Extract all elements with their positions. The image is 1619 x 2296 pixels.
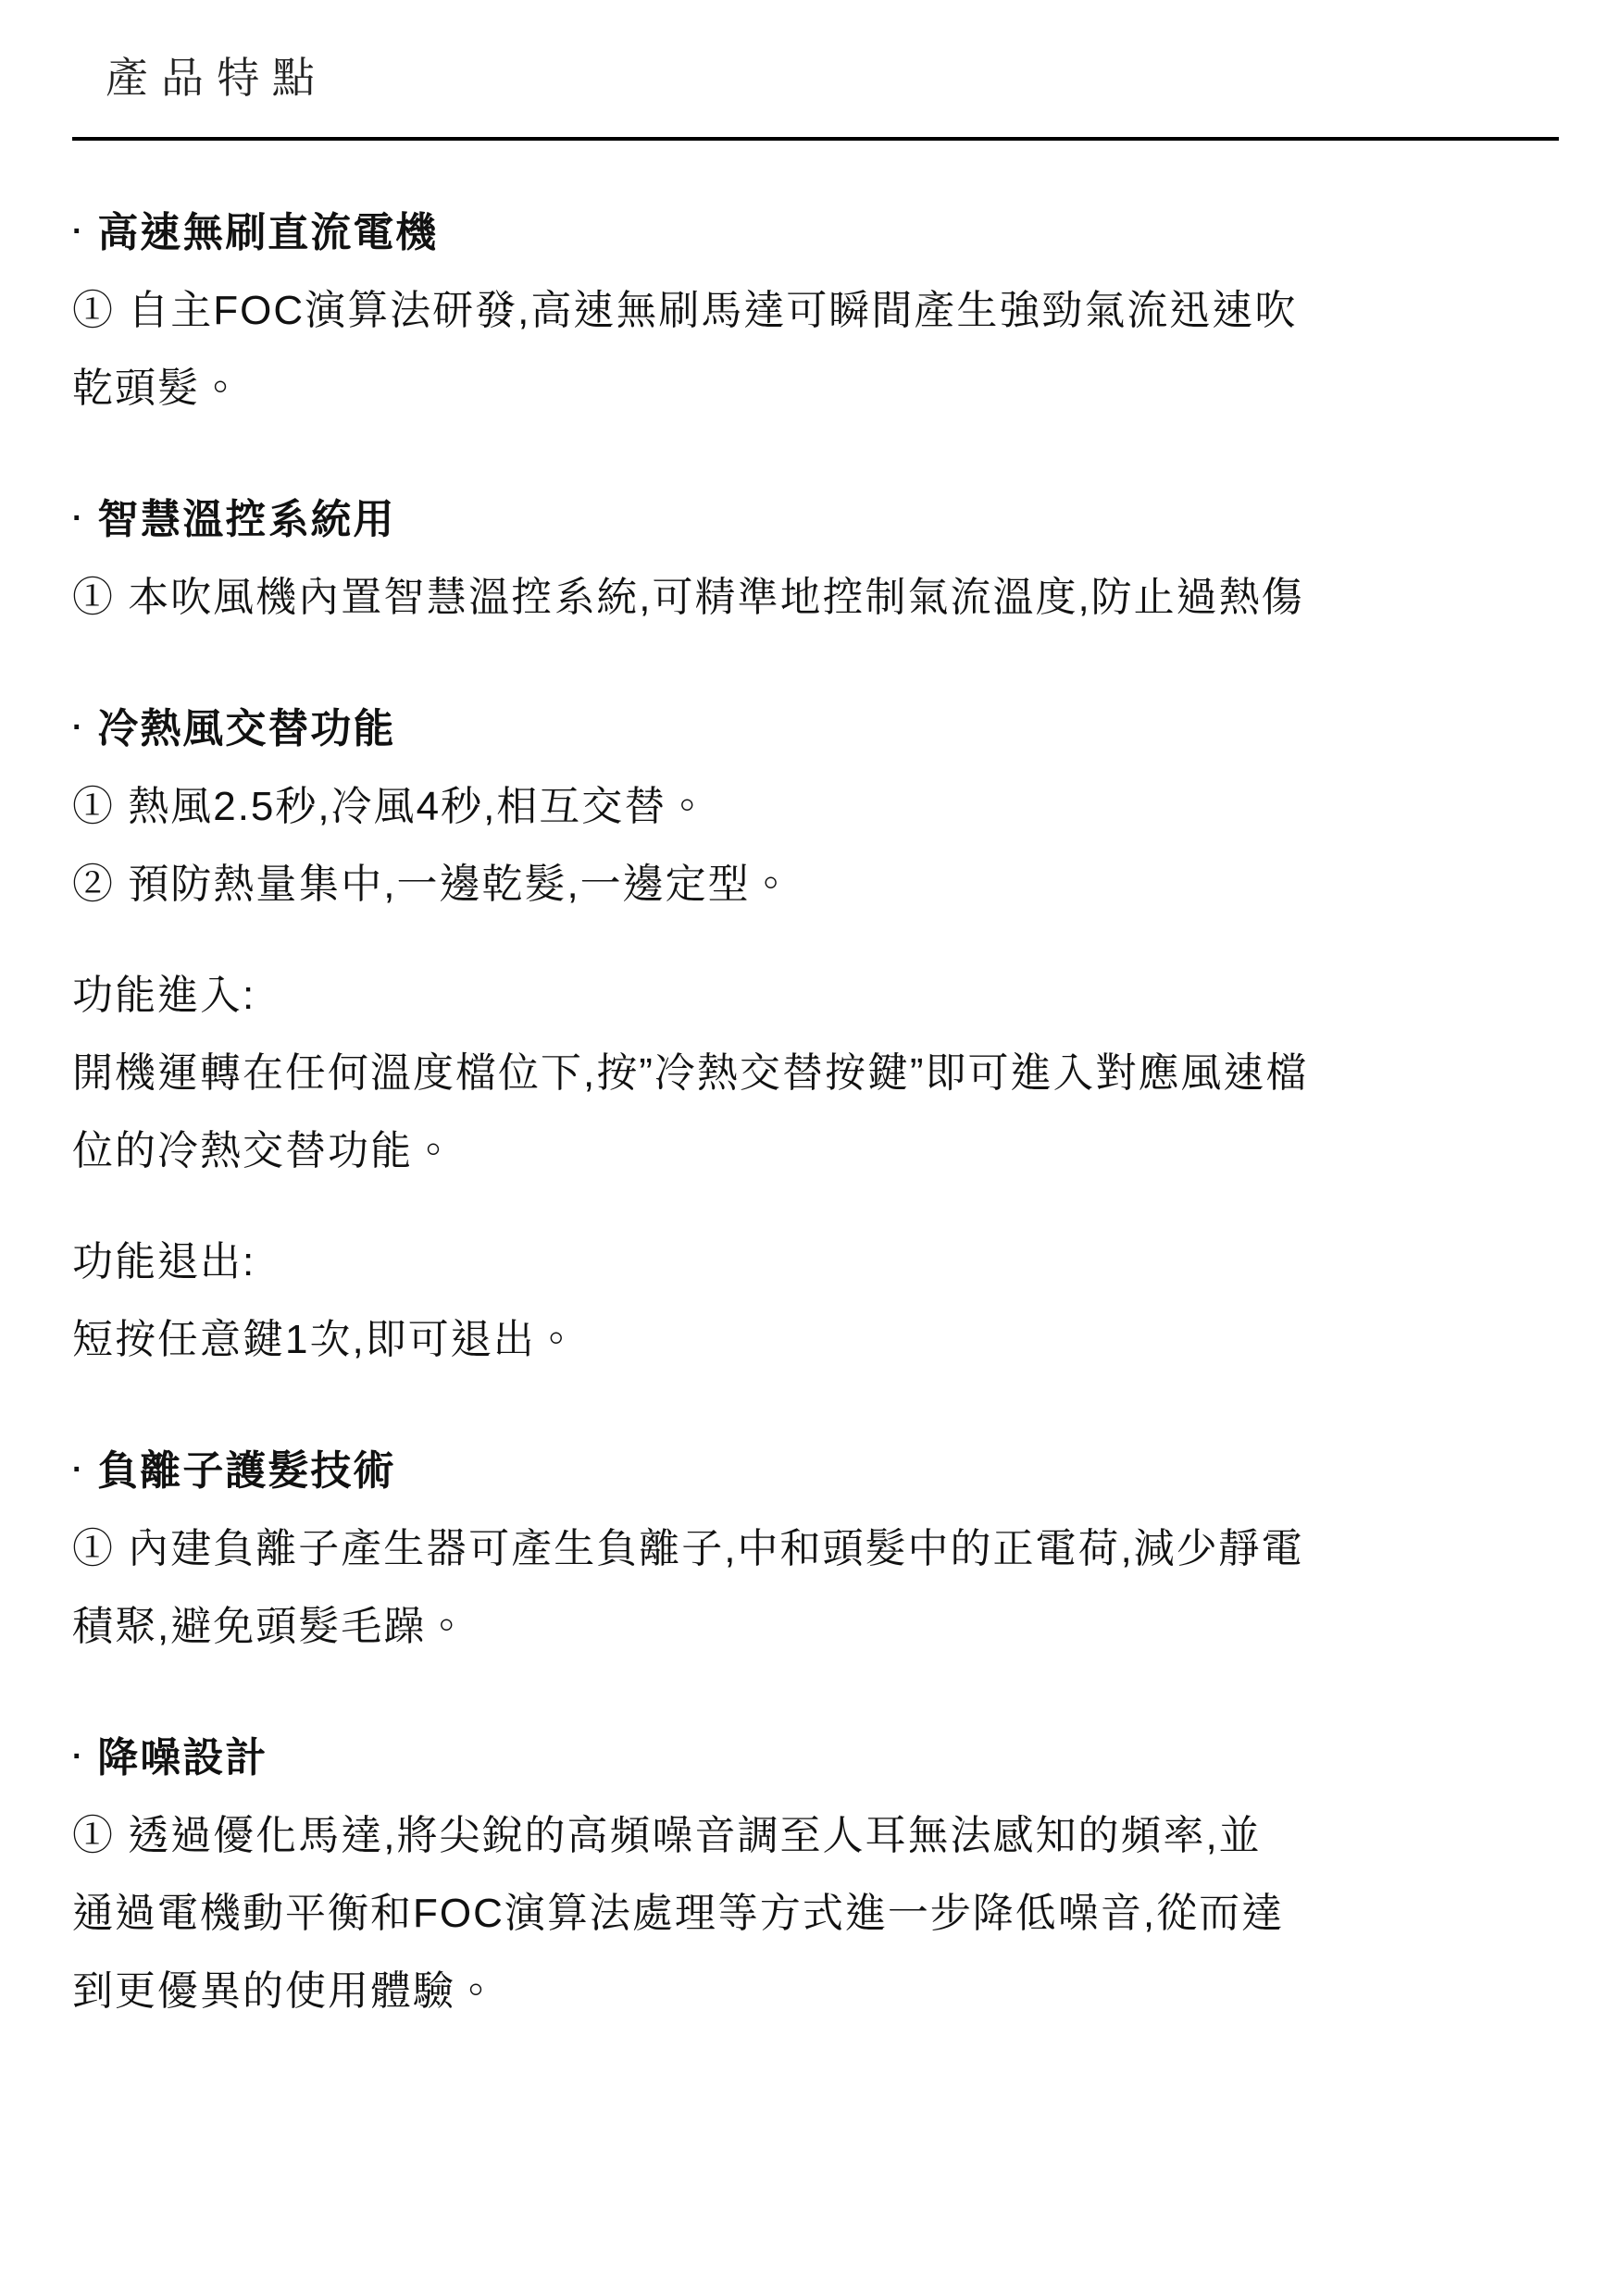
paragraph-line: ① 熱風2.5秒,冷風4秒,相互交替。 <box>72 768 1563 846</box>
feature-list: · 高速無刷直流電機 ① 自主FOC演算法研發,高速無刷馬達可瞬間產生強勁氣流迅… <box>72 194 1563 2030</box>
paragraph-line: 積聚,避免頭髮毛躁。 <box>72 1588 1563 1666</box>
paragraph-line: 開機運轉在任何溫度檔位下,按”冷熱交替按鍵”即可進入對應風速檔 <box>72 1035 1563 1112</box>
section-heading: 負離子護髮技術 <box>97 1433 395 1510</box>
paragraph-line: 乾頭髮。 <box>72 350 1563 428</box>
paragraph-line: 通過電機動平衡和FOC演算法處理等方式進一步降低噪音,從而達 <box>72 1875 1563 1953</box>
section-smart-temperature: · 智慧溫控系統用 ① 本吹風機內置智慧溫控系統,可精準地控制氣流溫度,防止過熱… <box>72 481 1563 637</box>
function-enter-block: 功能進入: 開機運轉在任何溫度檔位下,按”冷熱交替按鍵”即可進入對應風速檔 位的… <box>72 957 1563 1190</box>
sub-label: 功能退出: <box>72 1223 1563 1301</box>
bullet-icon: · <box>72 1431 82 1508</box>
section-heading-row: · 冷熱風交替功能 <box>72 690 1563 768</box>
section-heading: 高速無刷直流電機 <box>97 194 438 272</box>
section-heading-row: · 智慧溫控系統用 <box>72 481 1563 559</box>
page-title: 產品特點 <box>106 48 1563 107</box>
section-heading: 冷熱風交替功能 <box>97 690 395 768</box>
document-page: 產品特點 · 高速無刷直流電機 ① 自主FOC演算法研發,高速無刷馬達可瞬間產生… <box>0 0 1619 2296</box>
bullet-icon: · <box>72 1718 82 1795</box>
section-heading-row: · 高速無刷直流電機 <box>72 194 1563 272</box>
paragraph-line: ① 內建負離子產生器可產生負離子,中和頭髮中的正電荷,減少靜電 <box>72 1510 1563 1588</box>
section-heading-row: · 負離子護髮技術 <box>72 1433 1563 1510</box>
section-hot-cold-alternate: · 冷熱風交替功能 ① 熱風2.5秒,冷風4秒,相互交替。 ② 預防熱量集中,一… <box>72 690 1563 1379</box>
bullet-icon: · <box>72 192 82 270</box>
function-exit-block: 功能退出: 短按任意鍵1次,即可退出。 <box>72 1223 1563 1379</box>
paragraph-line: 位的冷熱交替功能。 <box>72 1112 1563 1190</box>
section-heading-row: · 降噪設計 <box>72 1719 1563 1797</box>
sub-label: 功能進入: <box>72 957 1563 1035</box>
paragraph-line: 到更優異的使用體驗。 <box>72 1953 1563 2030</box>
section-negative-ion: · 負離子護髮技術 ① 內建負離子產生器可產生負離子,中和頭髮中的正電荷,減少靜… <box>72 1433 1563 1666</box>
paragraph-line: ① 本吹風機內置智慧溫控系統,可精準地控制氣流溫度,防止過熱傷 <box>72 559 1563 637</box>
bullet-icon: · <box>72 689 82 766</box>
paragraph-line: ② 預防熱量集中,一邊乾髮,一邊定型。 <box>72 846 1563 924</box>
title-underline <box>72 137 1559 141</box>
page-header: 產品特點 <box>72 48 1563 141</box>
paragraph-line: ① 自主FOC演算法研發,高速無刷馬達可瞬間產生強勁氣流迅速吹 <box>72 272 1563 350</box>
section-noise-reduction: · 降噪設計 ① 透過優化馬達,將尖銳的高頻噪音調至人耳無法感知的頻率,並 通過… <box>72 1719 1563 2030</box>
bullet-icon: · <box>72 479 82 557</box>
paragraph-line: 短按任意鍵1次,即可退出。 <box>72 1301 1563 1379</box>
section-heading: 智慧溫控系統用 <box>97 481 395 559</box>
paragraph-line: ① 透過優化馬達,將尖銳的高頻噪音調至人耳無法感知的頻率,並 <box>72 1797 1563 1875</box>
section-heading: 降噪設計 <box>97 1719 268 1797</box>
section-brushless-motor: · 高速無刷直流電機 ① 自主FOC演算法研發,高速無刷馬達可瞬間產生強勁氣流迅… <box>72 194 1563 428</box>
